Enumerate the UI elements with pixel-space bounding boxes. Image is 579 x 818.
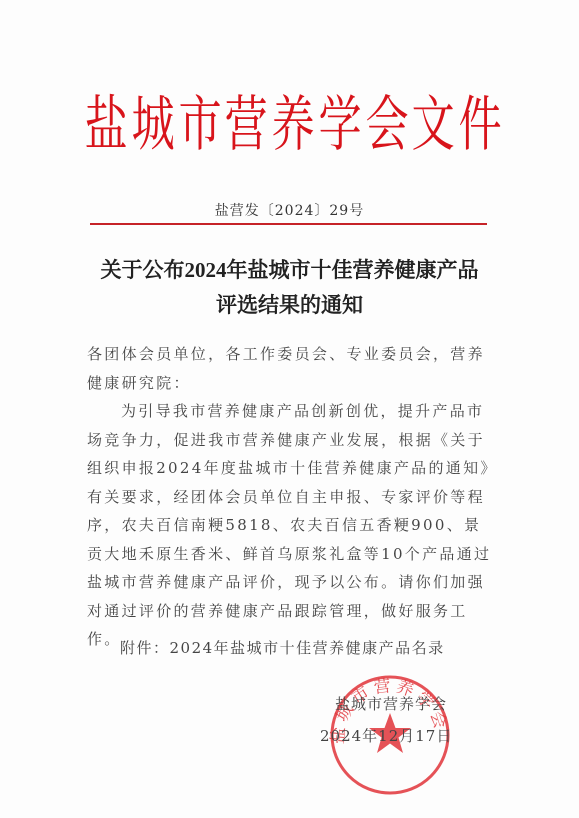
- masthead-char: 盐: [84, 80, 117, 170]
- notice-title: 关于公布2024年盐城市十佳营养健康产品 评选结果的通知: [0, 253, 579, 323]
- masthead-title: 盐 城 市 营 养 学 会 文 件: [78, 80, 498, 170]
- body-paragraph: 为引导我市营养健康产品创新创优，提升产品市场竞争力，促进我市营养健康产业发展，根…: [87, 397, 497, 654]
- title-line-1: 关于公布2024年盐城市十佳营养健康产品: [0, 253, 579, 288]
- masthead-char: 营: [225, 80, 258, 170]
- red-divider: [90, 223, 487, 225]
- masthead-char: 件: [458, 80, 491, 170]
- signature-date: 2024年12月17日: [320, 725, 452, 746]
- masthead-char: 城: [131, 80, 164, 170]
- masthead-char: 会: [365, 80, 398, 170]
- masthead-char: 市: [178, 80, 211, 170]
- signature-organization: 盐城市营养学会: [335, 693, 447, 714]
- masthead-char: 学: [318, 80, 351, 170]
- title-line-2: 评选结果的通知: [0, 288, 579, 323]
- document-number: 盐营发〔2024〕29号: [0, 200, 579, 220]
- masthead-char: 文: [412, 80, 445, 170]
- attachment-line: 附件：2024年盐城市十佳营养健康产品名录: [120, 637, 445, 658]
- masthead-char: 养: [271, 80, 304, 170]
- salutation: 各团体会员单位，各工作委员会、专业委员会，营养健康研究院：: [87, 340, 497, 397]
- notice-body: 各团体会员单位，各工作委员会、专业委员会，营养健康研究院： 为引导我市营养健康产…: [87, 340, 497, 654]
